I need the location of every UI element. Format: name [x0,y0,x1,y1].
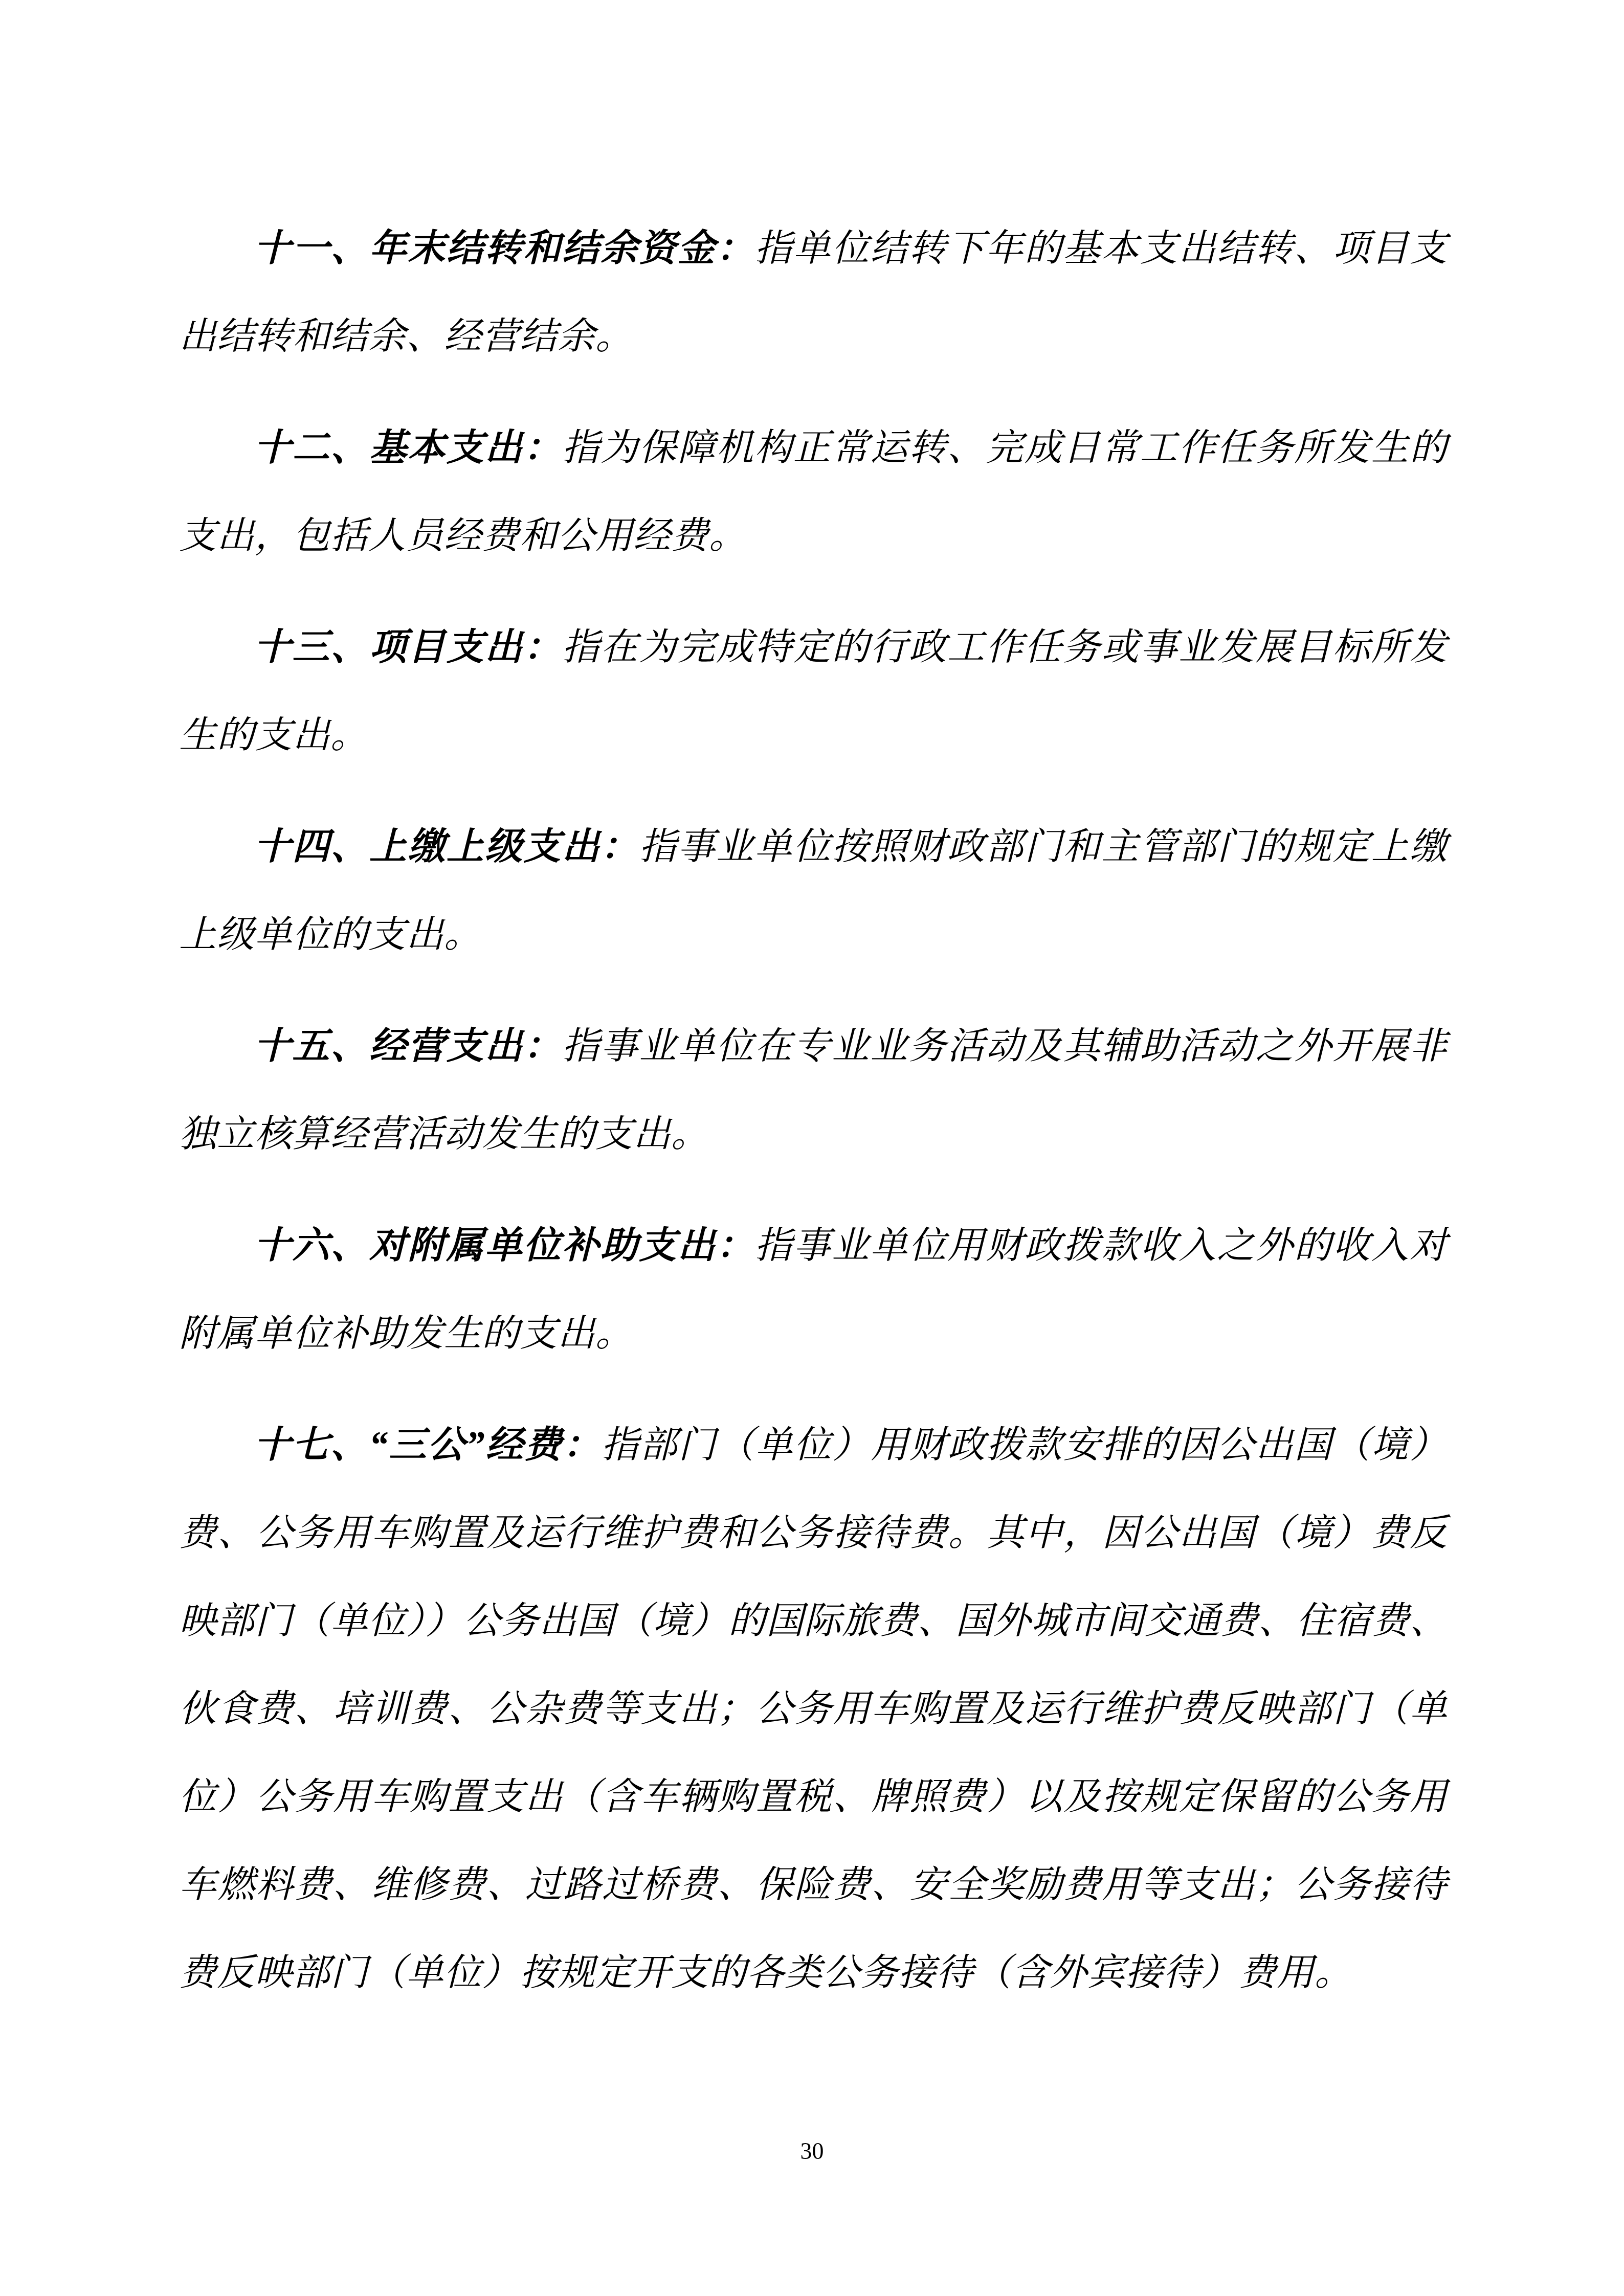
term-heading: 十三、项目支出： [254,626,562,668]
term-heading: 十五、经营支出： [254,1025,562,1067]
document-body: 十一、年末结转和结余资金：指单位结转下年的基本支出结转、项目支出结转和结余、经营… [179,205,1448,2017]
term-heading: 十六、对附属单位补助支出： [254,1225,754,1266]
definition-paragraph-12: 十二、基本支出：指为保障机构正常运转、完成日常工作任务所发生的支出，包括人员经费… [179,404,1448,580]
term-heading: 十二、基本支出： [254,427,562,468]
definition-paragraph-16: 十六、对附属单位补助支出：指事业单位用财政拨款收入之外的收入对附属单位补助发生的… [179,1202,1448,1378]
term-heading: 十一、年末结转和结余资金： [254,228,754,269]
definition-paragraph-11: 十一、年末结转和结余资金：指单位结转下年的基本支出结转、项目支出结转和结余、经营… [179,205,1448,380]
term-definition: 指部门（单位）用财政拨款安排的因公出国（境）费、公务用车购置及运行维护费和公务接… [179,1424,1448,1993]
page-number: 30 [0,2139,1624,2165]
definition-paragraph-17: 十七、“三公”经费：指部门（单位）用财政拨款安排的因公出国（境）费、公务用车购置… [179,1401,1448,2017]
definition-paragraph-15: 十五、经营支出：指事业单位在专业业务活动及其辅助活动之外开展非独立核算经营活动发… [179,1002,1448,1178]
definition-paragraph-14: 十四、上缴上级支出：指事业单位按照财政部门和主管部门的规定上缴上级单位的支出。 [179,803,1448,979]
term-heading: 十七、“三公”经费： [254,1424,602,1466]
definition-paragraph-13: 十三、项目支出：指在为完成特定的行政工作任务或事业发展目标所发生的支出。 [179,603,1448,779]
document-page: 十一、年末结转和结余资金：指单位结转下年的基本支出结转、项目支出结转和结余、经营… [0,0,1624,2296]
term-heading: 十四、上缴上级支出： [254,826,639,867]
